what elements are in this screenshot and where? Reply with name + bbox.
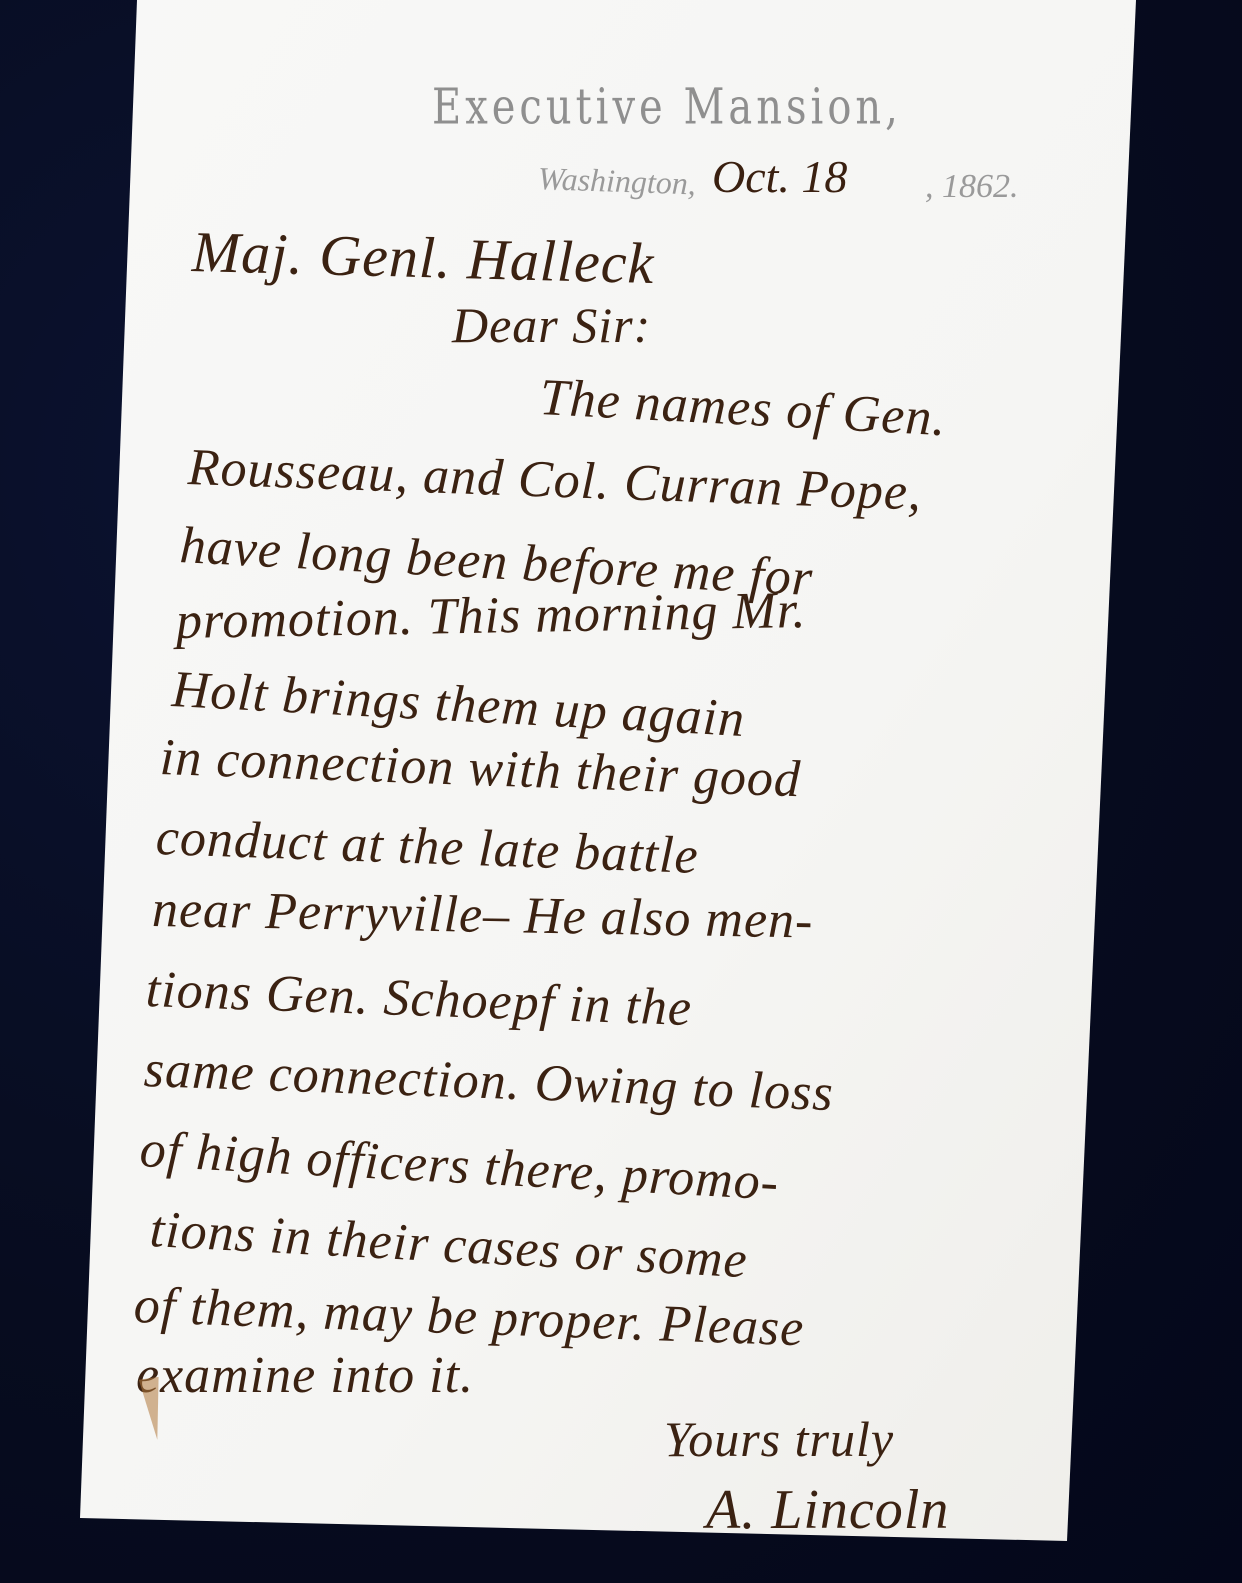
body-line: conduct at the late battle [155, 808, 700, 886]
letter-content: Executive Mansion, Washington, Oct. 18 ,… [0, 0, 1242, 1583]
body-line: The names of Gen. [538, 368, 947, 448]
body-line: tions in their cases or some [148, 1200, 749, 1290]
body-line: same connection. Owing to loss [143, 1040, 835, 1123]
greeting: Dear Sir: [452, 296, 651, 354]
body-line: examine into it. [136, 1346, 474, 1405]
addressee: Maj. Genl. Halleck [191, 218, 655, 297]
letterhead-place: Washington, [537, 160, 696, 202]
body-line: of high officers there, promo- [138, 1120, 780, 1212]
letter-date: Oct. 18 [712, 150, 847, 203]
letterhead-title: Executive Mansion, [432, 78, 902, 136]
closing: Yours truly [664, 1410, 894, 1468]
body-line: near Perryville– He also men- [151, 880, 813, 951]
photo-stage: Executive Mansion, Washington, Oct. 18 ,… [0, 0, 1242, 1583]
body-line: Rousseau, and Col. Curran Pope, [187, 438, 923, 523]
body-line: promotion. This morning Mr. [175, 581, 806, 651]
body-line: tions Gen. Schoepf in the [145, 960, 693, 1038]
signature: A. Lincoln [706, 1478, 949, 1542]
letter-year: , 1862. [925, 168, 1019, 206]
